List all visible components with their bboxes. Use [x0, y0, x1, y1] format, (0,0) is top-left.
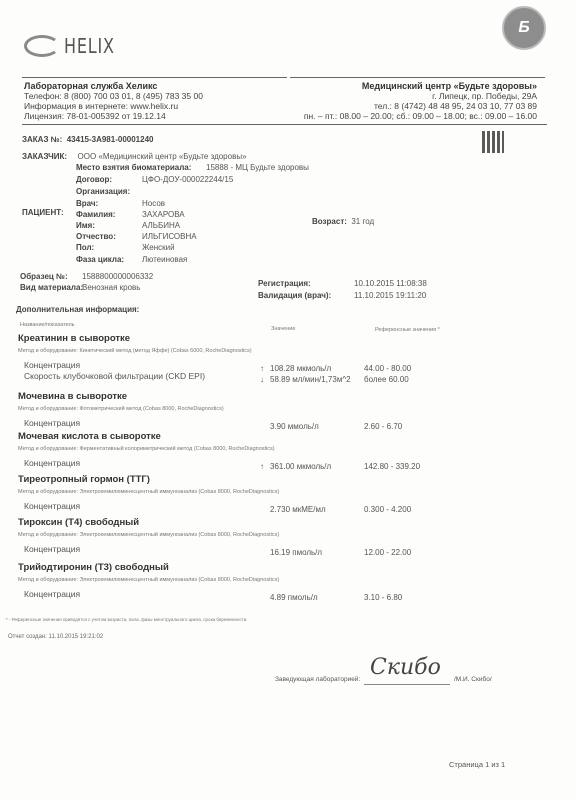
age: Возраст: 31 год — [312, 211, 374, 229]
arrow-up-icon: ↑ — [260, 364, 264, 373]
age-label: Возраст: — [312, 217, 347, 226]
head-name: /М.И. Скибо/ — [454, 676, 492, 683]
test-reference: 142.80 - 339.20 — [364, 462, 420, 471]
test-param: Концентрация — [24, 360, 80, 370]
biomaterial-place-label: Место взятия биоматериала: — [76, 163, 191, 172]
mc-title: Медицинский центр «Будьте здоровы» — [304, 81, 537, 91]
col-ref-header: Референсные значения * — [375, 327, 440, 333]
lab-license: Лицензия: 78-01-005392 от 19.12.14 — [24, 111, 203, 121]
test-param: Концентрация — [24, 501, 80, 511]
test-method: Метод и оборудование: Электрохемилюминес… — [18, 577, 279, 583]
cycle-phase-label: Фаза цикла: — [76, 255, 124, 264]
signature: Скибо — [370, 655, 441, 680]
test-method: Метод и оборудование: Фотометрический ме… — [18, 406, 224, 412]
lab-web: Информация в интернете: www.helix.ru — [24, 101, 203, 111]
test-name: Тироксин (Т4) свободный — [18, 517, 139, 528]
test-param: Скорость клубочковой фильтрации (CKD EPI… — [24, 371, 205, 381]
head-label: Заведующая лабораторией: — [275, 676, 360, 683]
surname-label: Фамилия: — [76, 210, 115, 219]
surname-value: ЗАХАРОВА — [142, 210, 185, 219]
order-number-label: ЗАКАЗ №: — [22, 135, 62, 144]
material-label: Вид материала: — [20, 283, 83, 292]
doctor-label: Врач: — [76, 199, 98, 208]
test-method: Метод и оборудование: Ферментативный кол… — [18, 446, 275, 452]
report-created-value: 11.10.2015 19:21:02 — [49, 634, 104, 640]
test-reference: 0.300 - 4.200 — [364, 505, 411, 514]
sample-number-value: 1588800000006332 — [82, 272, 153, 281]
name-label: Имя: — [76, 221, 95, 230]
cycle-phase-value: Лютеиновая — [142, 255, 187, 264]
arrow-down-icon: ↓ — [260, 375, 264, 384]
divider — [22, 77, 287, 78]
test-name: Тиреотропный гормон (ТТГ) — [18, 474, 150, 485]
test-param: Концентрация — [24, 589, 80, 599]
test-method: Метод и оборудование: Электрохемилюминес… — [18, 532, 279, 538]
report-created-label: Отчет создан: — [8, 634, 47, 640]
test-param: Концентрация — [24, 418, 80, 428]
medical-center-badge-icon: Б — [502, 6, 546, 50]
patronymic-value: ИЛЬГИСОВНА — [142, 232, 197, 241]
test-value: 4.89 пмоль/л — [270, 593, 318, 602]
test-method: Метод и оборудование: Электрохемилюминес… — [18, 489, 279, 495]
test-reference: 3.10 - 6.80 — [364, 593, 402, 602]
helix-logo: HELIX — [24, 34, 127, 58]
test-value: 361.00 мкмоль/л — [270, 462, 331, 471]
order-number-value: 43415-3А981-00001240 — [67, 135, 154, 144]
test-value: 58.89 мл/мин/1,73м^2 — [270, 375, 351, 384]
page-number: Страница 1 из 1 — [449, 760, 505, 769]
col-value-header: Значение — [271, 326, 295, 332]
arrow-up-icon: ↑ — [260, 462, 264, 471]
test-reference: 12.00 - 22.00 — [364, 548, 411, 557]
validation-label: Валидация (врач): — [258, 291, 331, 300]
registration-label: Регистрация: — [258, 279, 311, 288]
sex-value: Женский — [142, 243, 175, 252]
test-reference: 44.00 - 80.00 — [364, 364, 411, 373]
test-name: Мочевая кислота в сыворотке — [18, 431, 161, 442]
age-value: 31 год — [351, 217, 374, 226]
sex-label: Пол: — [76, 243, 94, 252]
registration-value: 10.10.2015 11:08:38 — [354, 279, 427, 288]
customer-label: ЗАКАЗЧИК: — [22, 152, 67, 161]
additional-info-label: Дополнительная информация: — [16, 305, 139, 314]
test-value: 108.28 мкмоль/л — [270, 364, 331, 373]
mc-address: г. Липецк, пр. Победы, 29А — [304, 91, 537, 101]
divider — [22, 124, 547, 125]
col-name-header: Название/показатель — [20, 322, 75, 328]
report-created: Отчет создан: 11.10.2015 19:21:02 — [8, 634, 103, 640]
organization-label: Организация: — [76, 187, 130, 196]
signature-line — [364, 684, 450, 685]
lab-info: Лабораторная служба Хеликс Телефон: 8 (8… — [24, 81, 203, 121]
mc-hours: пн. – пт.: 08.00 – 20.00; сб.: 09.00 – 1… — [304, 111, 537, 121]
test-param: Концентрация — [24, 544, 80, 554]
test-name: Трийодтиронин (Т3) свободный — [18, 562, 169, 573]
test-value: 16.19 пмоль/л — [270, 548, 322, 557]
badge-letter: Б — [518, 19, 529, 37]
customer: ЗАКАЗЧИК: ООО «Медицинский центр «Будьте… — [22, 146, 247, 164]
contract-label: Договор: — [76, 175, 112, 184]
test-name: Мочевина в сыворотке — [18, 391, 127, 402]
lab-phone: Телефон: 8 (800) 700 03 01, 8 (495) 783 … — [24, 91, 203, 101]
logo-text: HELIX — [64, 34, 115, 58]
patient-section-label: ПАЦИЕНТ: — [22, 208, 64, 217]
sample-number-label: Образец №: — [20, 272, 68, 281]
name-value: АЛЬБИНА — [142, 221, 180, 230]
lab-title: Лабораторная служба Хеликс — [24, 81, 203, 91]
validation-value: 11.10.2015 19:11:20 — [354, 291, 426, 300]
qr-code-icon — [482, 131, 504, 153]
test-name: Креатинин в сыворотке — [18, 333, 130, 344]
test-value: 3.90 ммоль/л — [270, 422, 319, 431]
test-reference: более 60.00 — [364, 375, 409, 384]
test-value: 2.730 мкМЕ/мл — [270, 505, 326, 514]
contract-value: ЦФО-ДОУ-000022244/15 — [142, 175, 233, 184]
material-value: Венозная кровь — [82, 283, 140, 292]
biomaterial-place-value: 15888 - МЦ Будьте здоровы — [206, 163, 309, 172]
customer-value: ООО «Медицинский центр «Будьте здоровы» — [78, 152, 247, 161]
patronymic-label: Отчество: — [76, 232, 116, 241]
medical-center-info: Медицинский центр «Будьте здоровы» г. Ли… — [304, 81, 537, 121]
doctor-value: Носов — [142, 199, 165, 208]
footnote: * - Референсные значения приводятся с уч… — [6, 617, 248, 622]
order-number: ЗАКАЗ №: 43415-3А981-00001240 — [22, 129, 153, 147]
test-param: Концентрация — [24, 458, 80, 468]
test-method: Метод и оборудование: Кинетический метод… — [18, 348, 252, 354]
divider — [290, 77, 545, 78]
mc-phone: тел.: 8 (4742) 48 48 95, 24 03 10, 77 03… — [304, 101, 537, 111]
helix-swirl-icon — [24, 35, 60, 57]
test-reference: 2.60 - 6.70 — [364, 422, 402, 431]
